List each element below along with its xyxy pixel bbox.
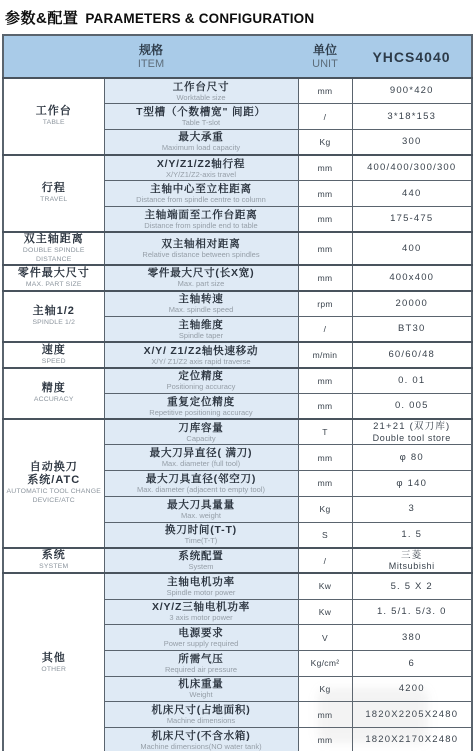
value-cell: 21+21 (双刀库)Double tool store [352,419,472,445]
group-cell: 主轴1/2SPINDLE 1/2 [3,291,104,342]
group-label-en: ACCURACY [6,396,102,405]
group-label-cn: 双主轴距离 [6,233,102,246]
group-label-en: OTHER [6,666,102,675]
item-label-en: Distance from spindle centre to column [107,195,296,204]
item-label-en: Worktable size [107,93,296,102]
value-main: 5. 5 X 2 [355,581,470,593]
item-label-en: Spindle motor power [107,588,296,597]
header-item-label-en: ITEM [4,58,298,71]
group-cell: 其他OTHER [3,573,104,751]
value-sub: Double tool store [355,433,470,444]
item-cell: 机床尺寸(不含水箱)Machine dimensions(NO water ta… [104,728,298,751]
item-label-en: Positioning accuracy [107,382,296,391]
group-label-en: SPINDLE 1/2 [6,319,102,328]
value-main: 3*18*153 [355,111,470,123]
group-label-cn: 行程 [6,182,102,195]
table-header-row: 规格 ITEM 单位 UNIT YHCS4040 [3,35,472,78]
unit-cell: mm [298,181,352,207]
value-main: 400 [355,243,470,255]
item-cell: 系统配置System [104,548,298,574]
group-label-cn: 主轴1/2 [6,305,102,318]
value-main: 175-475 [355,213,470,225]
value-main: 300 [355,136,470,148]
value-cell: BT30 [352,317,472,343]
unit-cell: mm [298,206,352,232]
item-label-en: Relative distance between spindles [107,250,296,259]
item-cell: 双主轴相对距离Relative distance between spindle… [104,232,298,265]
value-cell: 60/60/48 [352,342,472,368]
group-cell: 行程TRAVEL [3,155,104,232]
spec-row: 工作台TABLE工作台尺寸Worktable sizemm900*420 [3,78,472,104]
unit-cell: m/min [298,342,352,368]
item-cell: 刀库容量Capacity [104,419,298,445]
unit-cell: Kg [298,496,352,522]
item-label-en: Maximum load capacity [107,143,296,152]
unit-cell: S [298,522,352,548]
group-label-cn: 零件最大尺寸 [6,267,102,280]
header-unit-label-cn: 单位 [298,43,352,57]
item-cell: X/Y/Z1/Z2轴行程X/Y/Z1/Z2-axis travel [104,155,298,181]
spec-row: 系统SYSTEM系统配置System/三菱Mitsubishi [3,548,472,574]
group-label-cn: 工作台 [6,105,102,118]
value-main: 4200 [355,683,470,695]
group-label-cn: 其他 [6,652,102,665]
item-label-cn: X/Y/Z三轴电机功率 [107,601,296,613]
unit-cell: Kw [298,599,352,625]
unit-cell: V [298,625,352,651]
item-label-en: Weight [107,690,296,699]
unit-cell: mm [298,232,352,265]
item-label-en: X/Y/Z1/Z2-axis travel [107,170,296,179]
unit-cell: / [298,548,352,574]
value-main: BT30 [355,323,470,335]
item-label-cn: 系统配置 [107,550,296,562]
item-label-cn: 工作台尺寸 [107,81,296,93]
item-label-cn: 机床尺寸(占地面积) [107,704,296,716]
item-cell: 主轴电机功率Spindle motor power [104,573,298,599]
page-title-cn: 参数&配置 [5,10,78,27]
spec-row: 其他OTHER主轴电机功率Spindle motor powerKw5. 5 X… [3,573,472,599]
group-label-en: MAX. PART SIZE [6,281,102,290]
spec-row: 速度SPEEDX/Y/ Z1/Z2轴快速移动X/Y/ Z1/Z2 axis ra… [3,342,472,368]
value-cell: 300 [352,129,472,155]
unit-cell: mm [298,445,352,471]
item-label-en: Spindle taper [107,331,296,340]
item-cell: 重复定位精度Repetitive positioning accuracy [104,394,298,420]
item-cell: 电源要求Power supply required [104,625,298,651]
spec-row: 零件最大尺寸MAX. PART SIZE零件最大尺寸(长X宽)Max. part… [3,265,472,291]
value-cell: 900*420 [352,78,472,104]
value-main: 1. 5/1. 5/3. 0 [355,606,470,618]
value-main: 20000 [355,298,470,310]
spec-row: 行程TRAVELX/Y/Z1/Z2轴行程X/Y/Z1/Z2-axis trave… [3,155,472,181]
unit-cell: Kw [298,573,352,599]
unit-cell: mm [298,702,352,728]
value-main: 0. 005 [355,400,470,412]
group-label-en: SYSTEM [6,563,102,572]
model-name: YHCS4040 [352,49,471,65]
item-cell: 所需气压Required air pressure [104,650,298,676]
page-title: 参数&配置PARAMETERS & CONFIGURATION [0,0,473,34]
item-label-cn: X/Y/ Z1/Z2轴快速移动 [107,345,296,357]
value-cell: 3*18*153 [352,104,472,130]
group-label-en: TRAVEL [6,196,102,205]
item-cell: 零件最大尺寸(长X宽)Max. part size [104,265,298,291]
value-main: 1. 5 [355,529,470,541]
item-cell: X/Y/ Z1/Z2轴快速移动X/Y/ Z1/Z2 axis rapid tra… [104,342,298,368]
value-cell: 400/400/300/300 [352,155,472,181]
header-cell-model: YHCS4040 [352,35,472,78]
item-label-cn: 最大刀具直径(邻空刀) [107,473,296,485]
item-label-en: Max. part size [107,279,296,288]
value-sub: Mitsubishi [355,561,470,572]
item-cell: 主轴转速Max. spindle speed [104,291,298,317]
item-label-cn: 机床尺寸(不含水箱) [107,730,296,742]
unit-cell: T [298,419,352,445]
value-cell: 5. 5 X 2 [352,573,472,599]
value-main: 60/60/48 [355,349,470,361]
group-label-cn: 速度 [6,344,102,357]
header-item-label-cn: 规格 [4,43,298,57]
value-cell: 1. 5 [352,522,472,548]
value-cell: 4200 [352,676,472,702]
group-label-en: AUTOMATIC TOOL CHANGE DEVICE/ATC [6,488,102,505]
item-label-cn: 电源要求 [107,627,296,639]
value-cell: 3 [352,496,472,522]
value-cell: 1820X2205X2480 [352,702,472,728]
spec-row: 精度ACCURACY定位精度Positioning accuracymm0. 0… [3,368,472,394]
group-label-en: TABLE [6,119,102,128]
item-cell: 最大刀具直径(邻空刀)Max. diameter (adjacent to em… [104,471,298,497]
unit-cell: mm [298,78,352,104]
value-cell: 400x400 [352,265,472,291]
group-cell: 自动换刀 系统/ATCAUTOMATIC TOOL CHANGE DEVICE/… [3,419,104,547]
item-label-en: Table T-slot [107,118,296,127]
value-main: 1820X2205X2480 [355,709,470,721]
group-cell: 速度SPEED [3,342,104,368]
item-label-cn: 主轴维度 [107,319,296,331]
item-cell: 主轴中心至立柱距离Distance from spindle centre to… [104,181,298,207]
value-cell: φ 80 [352,445,472,471]
unit-cell: / [298,104,352,130]
value-main: 0. 01 [355,375,470,387]
value-main: 3 [355,503,470,515]
value-main: 6 [355,658,470,670]
group-label-cn: 精度 [6,382,102,395]
value-cell: 0. 01 [352,368,472,394]
unit-cell: Kg/cm² [298,650,352,676]
header-unit-label-en: UNIT [298,58,352,71]
item-label-cn: 最大刀具量量 [107,499,296,511]
unit-cell: mm [298,471,352,497]
group-label-en: SPEED [6,358,102,367]
item-label-cn: 机床重量 [107,678,296,690]
value-main: 21+21 (双刀库) [355,421,470,433]
item-label-cn: 换刀时间(T-T) [107,524,296,536]
item-label-cn: 主轴转速 [107,293,296,305]
group-cell: 精度ACCURACY [3,368,104,419]
item-label-en: 3 axis motor power [107,613,296,622]
item-label-cn: 定位精度 [107,370,296,382]
item-cell: 换刀时间(T-T)Time(T-T) [104,522,298,548]
unit-cell: mm [298,155,352,181]
item-label-en: Max. weight [107,511,296,520]
item-label-en: Machine dimensions(NO water tank) [107,742,296,751]
item-label-cn: 主轴端面至工作台距离 [107,209,296,221]
item-label-cn: 主轴电机功率 [107,576,296,588]
value-cell: 1820X2170X2480 [352,728,472,751]
item-cell: T型槽（个数槽宽" 间距）Table T-slot [104,104,298,130]
item-label-cn: 重复定位精度 [107,396,296,408]
item-cell: 机床重量Weight [104,676,298,702]
item-label-cn: 最大承重 [107,131,296,143]
item-label-en: Max. diameter (adjacent to empty tool) [107,485,296,494]
value-main: φ 140 [355,478,470,490]
spec-sheet-page: 参数&配置PARAMETERS & CONFIGURATION 规格 ITEM … [0,0,473,751]
item-cell: 最大承重Maximum load capacity [104,129,298,155]
group-label-cn: 自动换刀 系统/ATC [6,461,102,487]
item-label-cn: 零件最大尺寸(长X宽) [107,267,296,279]
parameters-table: 规格 ITEM 单位 UNIT YHCS4040 工作台TABLE工作台尺寸Wo… [2,34,473,751]
value-cell: 1. 5/1. 5/3. 0 [352,599,472,625]
item-label-en: Max. diameter (full tool) [107,459,296,468]
value-main: φ 80 [355,452,470,464]
item-cell: 最大刀具量量Max. weight [104,496,298,522]
unit-cell: / [298,317,352,343]
item-cell: 机床尺寸(占地面积)Machine dimensions [104,702,298,728]
item-label-cn: T型槽（个数槽宽" 间距） [107,106,296,118]
page-title-en: PARAMETERS & CONFIGURATION [85,11,314,26]
value-cell: 三菱Mitsubishi [352,548,472,574]
item-cell: 主轴端面至工作台距离Distance from spindle end to t… [104,206,298,232]
value-cell: 175-475 [352,206,472,232]
value-cell: 380 [352,625,472,651]
item-cell: 工作台尺寸Worktable size [104,78,298,104]
item-label-cn: 主轴中心至立柱距离 [107,183,296,195]
value-main: 400x400 [355,272,470,284]
spec-row: 自动换刀 系统/ATCAUTOMATIC TOOL CHANGE DEVICE/… [3,419,472,445]
item-cell: 最大刀异直径( 满刀)Max. diameter (full tool) [104,445,298,471]
item-label-en: Time(T-T) [107,536,296,545]
item-label-cn: 最大刀异直径( 满刀) [107,447,296,459]
value-cell: φ 140 [352,471,472,497]
item-cell: 主轴维度Spindle taper [104,317,298,343]
unit-cell: Kg [298,676,352,702]
group-label-cn: 系统 [6,549,102,562]
item-label-en: Repetitive positioning accuracy [107,408,296,417]
unit-cell: mm [298,728,352,751]
group-cell: 零件最大尺寸MAX. PART SIZE [3,265,104,291]
item-label-cn: 刀库容量 [107,422,296,434]
group-cell: 系统SYSTEM [3,548,104,574]
item-cell: 定位精度Positioning accuracy [104,368,298,394]
item-label-en: Power supply required [107,639,296,648]
item-label-en: System [107,562,296,571]
item-label-cn: X/Y/Z1/Z2轴行程 [107,158,296,170]
unit-cell: mm [298,394,352,420]
item-cell: X/Y/Z三轴电机功率3 axis motor power [104,599,298,625]
item-label-en: Distance from spindle end to table [107,221,296,230]
value-cell: 0. 005 [352,394,472,420]
header-cell-unit: 单位 UNIT [298,35,352,78]
item-label-en: Capacity [107,434,296,443]
value-main: 三菱 [355,550,470,562]
item-label-en: X/Y/ Z1/Z2 axis rapid traverse [107,357,296,366]
value-cell: 20000 [352,291,472,317]
unit-cell: Kg [298,129,352,155]
value-cell: 6 [352,650,472,676]
table-body: 工作台TABLE工作台尺寸Worktable sizemm900*420T型槽（… [3,78,472,751]
item-label-en: Required air pressure [107,665,296,674]
item-label-cn: 双主轴相对距离 [107,238,296,250]
header-cell-item: 规格 ITEM [3,35,298,78]
unit-cell: mm [298,265,352,291]
item-label-en: Max. spindle speed [107,305,296,314]
value-main: 380 [355,632,470,644]
item-label-cn: 所需气压 [107,653,296,665]
value-main: 900*420 [355,85,470,97]
spec-row: 双主轴距离DOUBLE SPINDLE DISTANCE双主轴相对距离Relat… [3,232,472,265]
item-label-en: Machine dimensions [107,716,296,725]
group-cell: 工作台TABLE [3,78,104,155]
value-main: 1820X2170X2480 [355,734,470,746]
value-cell: 400 [352,232,472,265]
value-cell: 440 [352,181,472,207]
value-main: 440 [355,188,470,200]
unit-cell: rpm [298,291,352,317]
unit-cell: mm [298,368,352,394]
spec-row: 主轴1/2SPINDLE 1/2主轴转速Max. spindle speedrp… [3,291,472,317]
group-cell: 双主轴距离DOUBLE SPINDLE DISTANCE [3,232,104,265]
group-label-en: DOUBLE SPINDLE DISTANCE [6,247,102,264]
value-main: 400/400/300/300 [355,162,470,174]
